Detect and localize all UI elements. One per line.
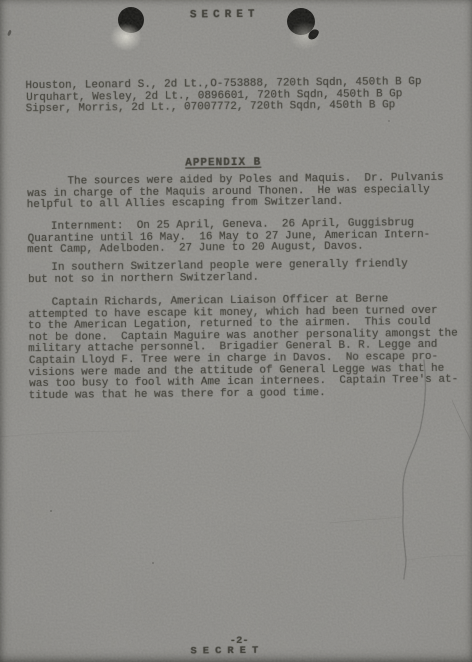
ink-speck [50, 510, 52, 512]
paragraph-friendliness: In southern Switzerland people were gene… [27, 259, 408, 286]
paragraph-officers: Captain Richards, American Liaison Offic… [28, 294, 458, 403]
classification-banner-top: SECRET [0, 7, 461, 24]
ink-speck [152, 562, 154, 564]
punch-hole-right-icon [287, 8, 315, 35]
appendix-heading: APPENDIX B [0, 150, 459, 173]
paragraph-internment: Internment: On 25 April, Geneva. 26 Apri… [27, 218, 430, 257]
paragraph-sources: The sources were aided by Poles and Maqu… [26, 173, 444, 212]
airmen-roster: Houston, Leonard S., 2d Lt.,O-753888, 72… [25, 77, 421, 116]
paragraph-line: but not so in northern Switzerland. [28, 271, 409, 287]
typed-content: SECRET Houston, Leonard S., 2d Lt.,O-753… [0, 0, 472, 662]
punch-hole-left-icon [118, 7, 144, 33]
scanned-document-page: SECRET Houston, Leonard S., 2d Lt.,O-753… [0, 0, 472, 662]
appendix-title: APPENDIX B [185, 157, 261, 170]
ink-speck [388, 120, 390, 122]
